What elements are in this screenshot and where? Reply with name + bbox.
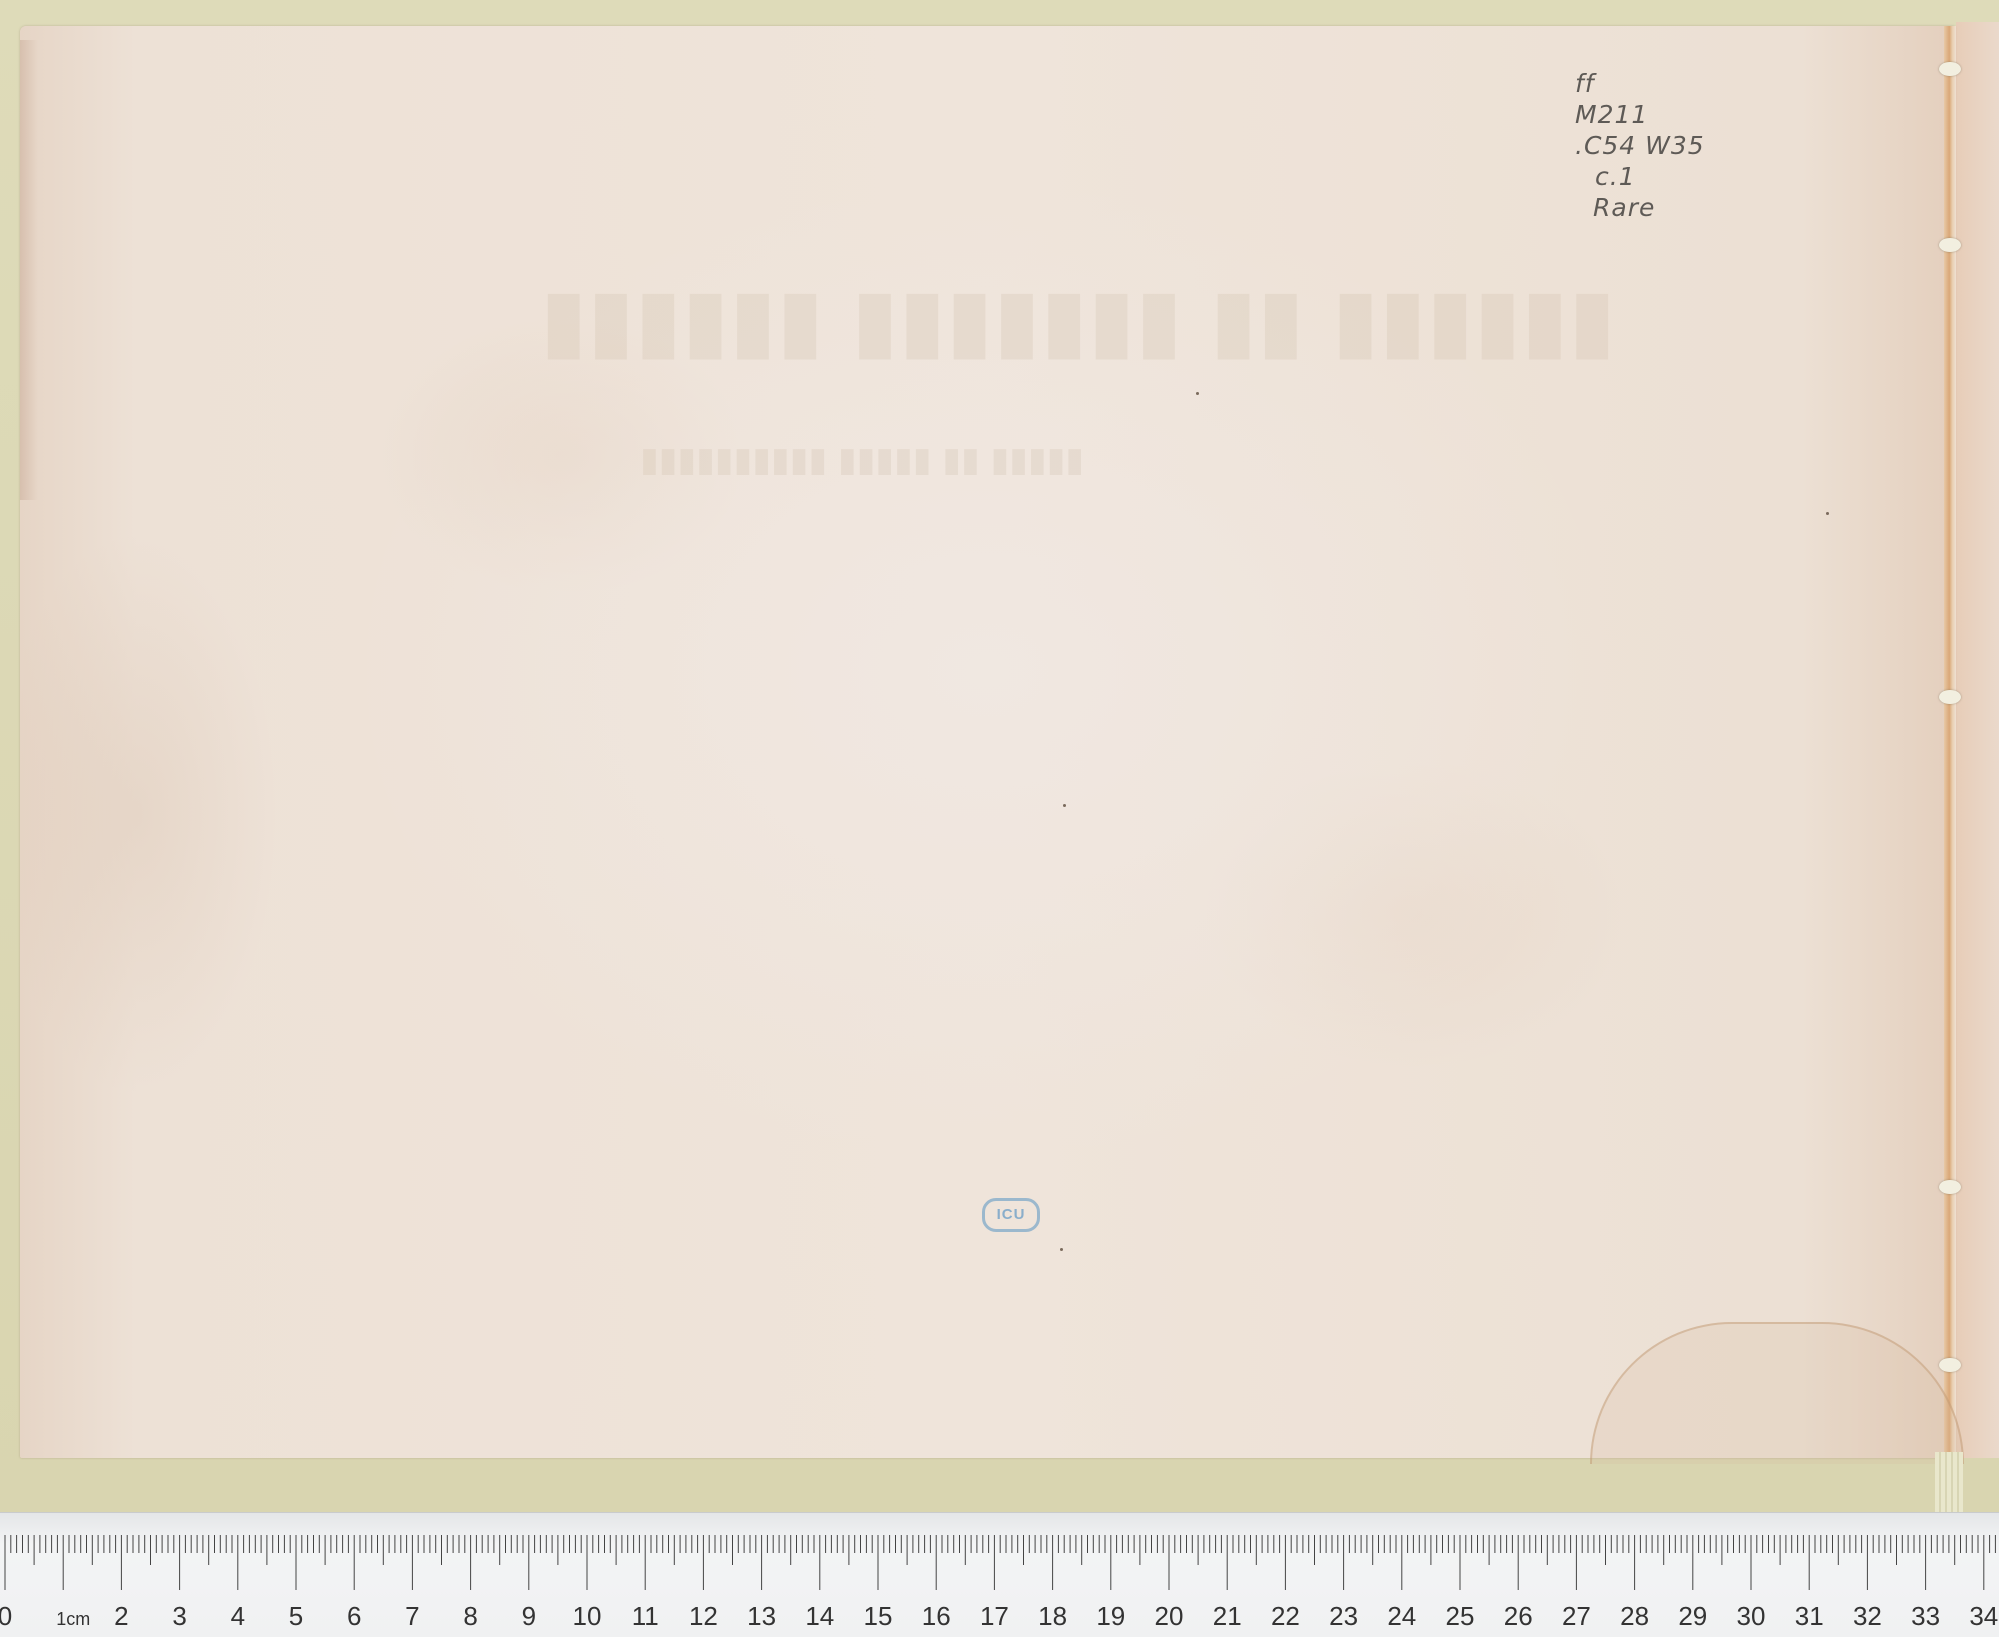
document-page: [20, 26, 1955, 1458]
ruler-label: 3: [172, 1601, 186, 1631]
library-stamp: ICU: [982, 1198, 1040, 1232]
ruler-label: 13: [747, 1601, 776, 1631]
binding-stitch: [1939, 62, 1961, 76]
paper-speck: [1063, 804, 1066, 807]
annotation-line: .C54 W35: [1575, 130, 1705, 161]
ruler-label: 20: [1155, 1601, 1184, 1631]
ruler-label: 12: [689, 1601, 718, 1631]
ruler-label: 11: [632, 1601, 659, 1631]
paper-speck: [1060, 1248, 1063, 1251]
binding-tape: [1935, 1452, 1963, 1512]
ruler-label: 28: [1620, 1601, 1649, 1631]
annotation-line: c.1: [1575, 161, 1705, 192]
ruler-label: 30: [1737, 1601, 1766, 1631]
show-through-subtitle: ▮▮▮▮▮ ▮▮ ▮▮▮▮▮ ▮▮▮▮▮▮▮▮▮▮: [640, 440, 1084, 480]
ruler-label: 18: [1038, 1601, 1067, 1631]
ruler-label: 15: [864, 1601, 893, 1631]
annotation-line: Rare: [1575, 192, 1705, 223]
annotation-line: M211: [1575, 99, 1705, 130]
annotation-line: ff: [1575, 68, 1705, 99]
ruler-label: 0: [0, 1601, 12, 1631]
paper-speck: [1196, 392, 1199, 395]
ruler-label: 34: [1969, 1601, 1998, 1631]
ruler-label: 24: [1387, 1601, 1416, 1631]
ruler-label: 7: [405, 1601, 419, 1631]
ruler-label: 10: [573, 1601, 602, 1631]
ruler-label: 6: [347, 1601, 361, 1631]
show-through-title: ▮▮▮▮▮▮ ▮▮ ▮▮▮▮▮▮▮ ▮▮▮▮▮▮: [540, 270, 1616, 370]
ruler-label: 33: [1911, 1601, 1940, 1631]
binding-stitch: [1939, 238, 1961, 252]
ruler-label: 2: [114, 1601, 128, 1631]
ruler-label: 31: [1795, 1601, 1824, 1631]
binding-stitch: [1939, 1180, 1961, 1194]
ruler-ticks: 01cm234567891011121314151617181920212223…: [0, 1513, 1999, 1637]
ruler-label: 19: [1096, 1601, 1125, 1631]
ruler-label: 23: [1329, 1601, 1358, 1631]
ruler-label: 8: [463, 1601, 477, 1631]
ruler-label: 27: [1562, 1601, 1591, 1631]
ruler-label: 16: [922, 1601, 951, 1631]
call-number-annotation: ff M211 .C54 W35 c.1 Rare: [1575, 68, 1705, 223]
ruler-label: 26: [1504, 1601, 1533, 1631]
ruler-label: 1cm: [56, 1609, 90, 1629]
ruler-label: 4: [231, 1601, 245, 1631]
binding-stitch: [1939, 1358, 1961, 1372]
ruler-label: 9: [522, 1601, 536, 1631]
ruler-label: 21: [1213, 1601, 1242, 1631]
measurement-ruler: 01cm234567891011121314151617181920212223…: [0, 1512, 1999, 1637]
ruler-label: 5: [289, 1601, 303, 1631]
adjacent-page-edge: [1956, 22, 1999, 1458]
paper-speck: [1826, 512, 1829, 515]
page-edge-discoloration: [20, 40, 38, 500]
ruler-label: 29: [1678, 1601, 1707, 1631]
binding-stitch: [1939, 690, 1961, 704]
ruler-label: 25: [1446, 1601, 1475, 1631]
ruler-label: 14: [805, 1601, 834, 1631]
ruler-label: 32: [1853, 1601, 1882, 1631]
ruler-label: 22: [1271, 1601, 1300, 1631]
ruler-label: 17: [980, 1601, 1009, 1631]
